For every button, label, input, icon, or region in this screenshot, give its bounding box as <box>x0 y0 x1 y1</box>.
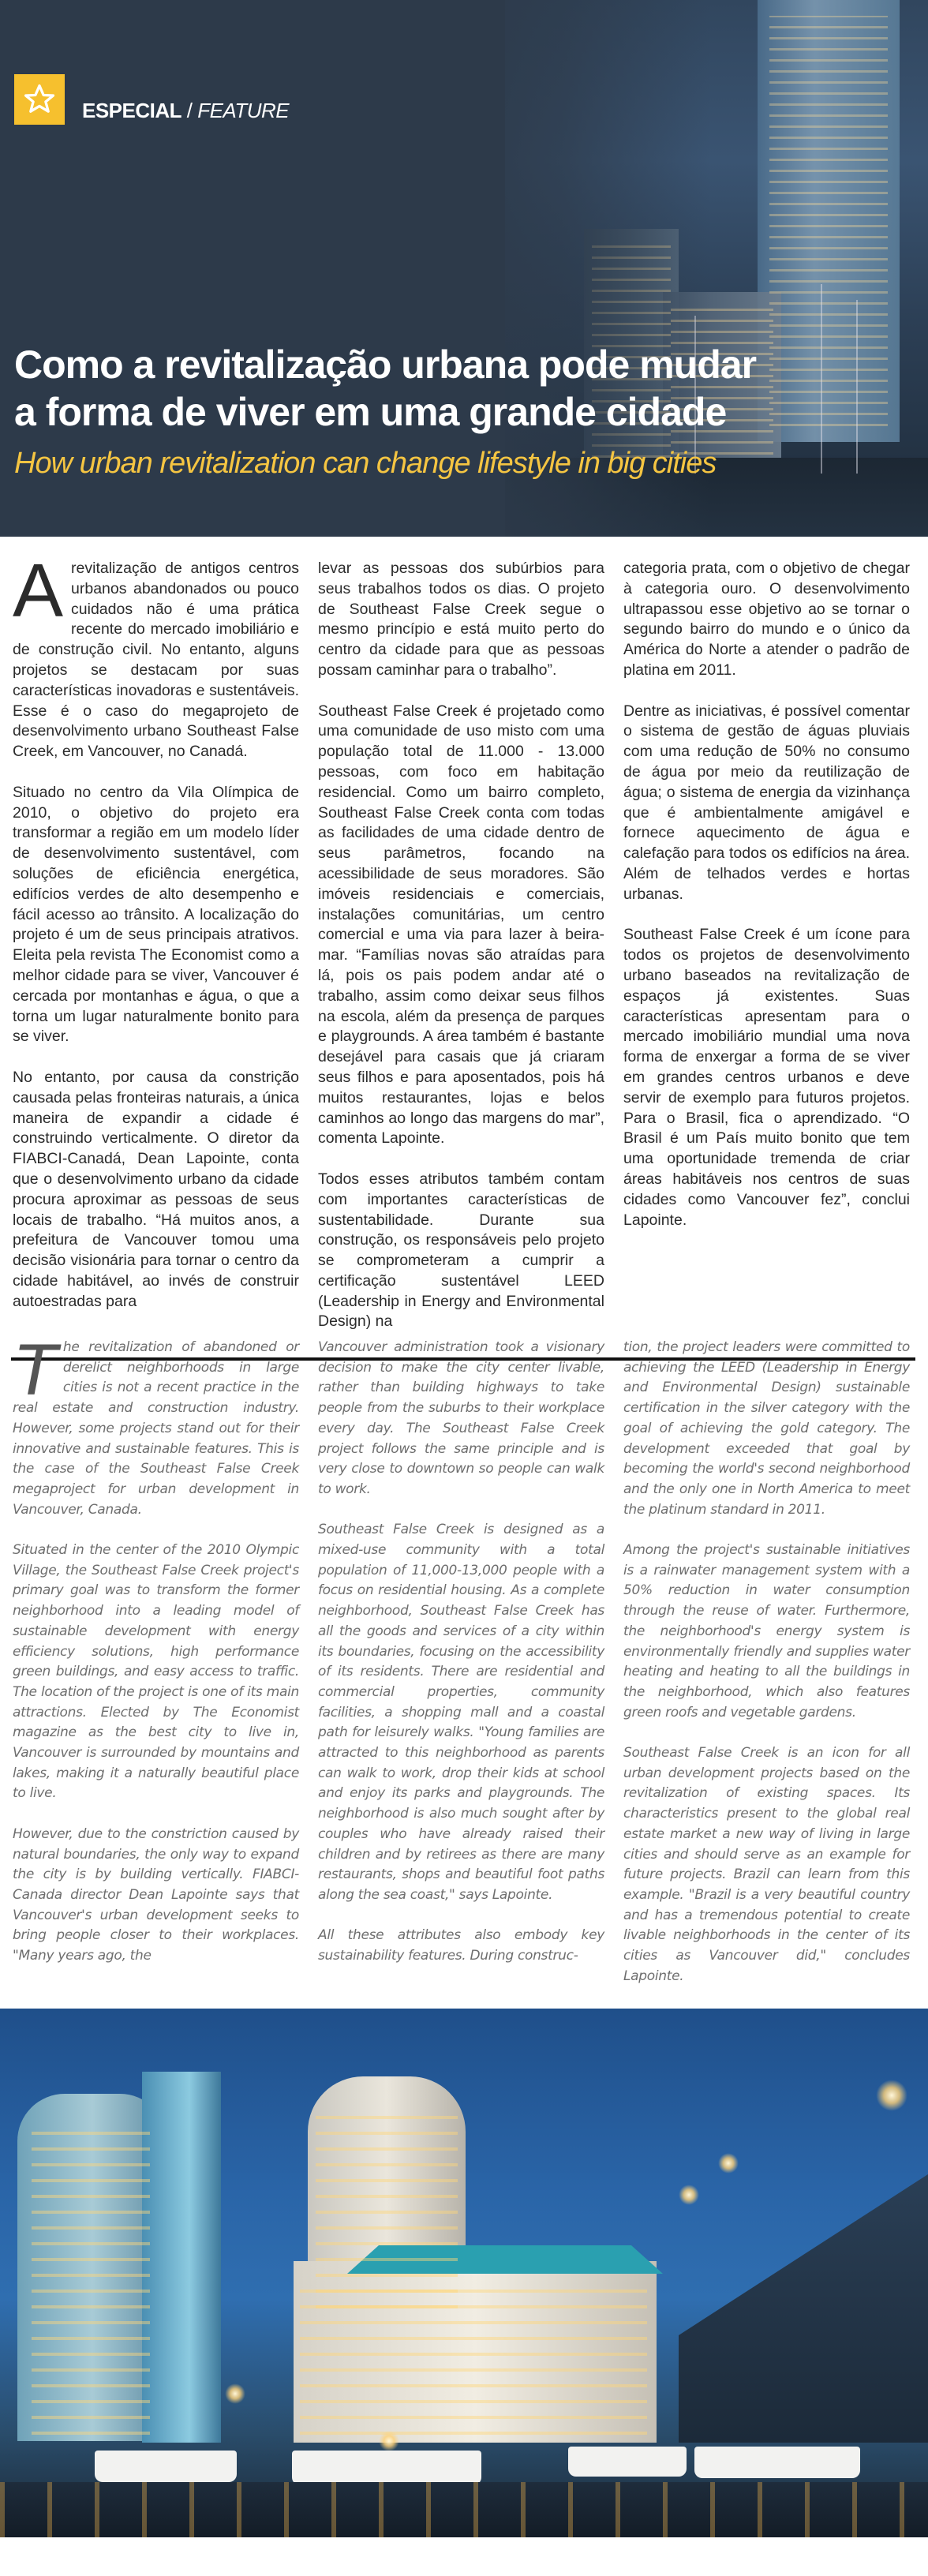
section-label-en: FEATURE <box>197 99 289 122</box>
paragraph: Southeast False Creek is designed as a m… <box>318 1520 604 1905</box>
title-line-2: a forma de viver em uma grande cidade <box>14 390 726 434</box>
paragraph: categoria prata, com o objetivo de chega… <box>623 559 910 681</box>
section-separator: / <box>181 99 197 122</box>
article-column-1: The revitalization of abandoned or derel… <box>13 1338 299 2007</box>
photo-windows <box>32 2127 150 2435</box>
title-line-1: Como a revitalização urbana pode mudar <box>14 343 756 387</box>
photo-windows <box>300 2277 647 2435</box>
section-label-pt: ESPECIAL <box>82 99 181 122</box>
paragraph: levar as pessoas dos subúrbios para seus… <box>318 559 604 681</box>
street-light <box>718 2153 739 2173</box>
photo-boat <box>568 2447 687 2477</box>
street-light <box>225 2383 245 2404</box>
hero-banner: ESPECIAL / FEATURE Como a revitalização … <box>0 0 928 537</box>
paragraph: Southeast False Creek is an icon for all… <box>623 1743 910 1986</box>
street-light <box>679 2185 699 2205</box>
article-column-2: Vancouver administration took a visionar… <box>318 1338 604 2007</box>
section-label: ESPECIAL / FEATURE <box>82 99 289 123</box>
paragraph: All these attributes also embody key sus… <box>318 1926 604 1966</box>
drop-cap: A <box>13 562 63 620</box>
street-light <box>876 2080 907 2111</box>
article-column-2: levar as pessoas dos subúrbios para seus… <box>318 559 604 1353</box>
paragraph: Southeast False Creek é um ícone para to… <box>623 925 910 1230</box>
photo-boat <box>95 2451 237 2482</box>
paragraph: Arevitalização de antigos centros urbano… <box>13 559 299 762</box>
boat-mast <box>856 300 858 474</box>
photo-bridge <box>679 2174 928 2443</box>
article-column-3: categoria prata, com o objetivo de chega… <box>623 559 910 1353</box>
paragraph: Todos esses atributos também contam com … <box>318 1170 604 1332</box>
section-tag: ESPECIAL / FEATURE <box>14 74 289 125</box>
boat-mast <box>821 284 822 474</box>
paragraph: tion, the project leaders were committed… <box>623 1338 910 1520</box>
paragraph: Situado no centro da Vila Olímpica de 20… <box>13 783 299 1047</box>
paragraph: Situated in the center of the 2010 Olymp… <box>13 1541 299 1804</box>
paragraph: Dentre as iniciativas, é possível coment… <box>623 702 910 905</box>
paragraph: Southeast False Creek é projetado como u… <box>318 702 604 1150</box>
paragraph: Among the project's sustainable initiati… <box>623 1541 910 1723</box>
bottom-photo <box>0 2009 928 2537</box>
article-english: The revitalization of abandoned or derel… <box>0 1338 928 2009</box>
photo-water <box>0 2482 928 2537</box>
article-portuguese: Arevitalização de antigos centros urbano… <box>0 537 928 1338</box>
paragraph: The revitalization of abandoned or derel… <box>13 1338 299 1520</box>
page-subtitle: How urban revitalization can change life… <box>14 447 716 481</box>
paragraph: No entanto, por causa da constrição caus… <box>13 1068 299 1312</box>
paragraph: However, due to the constriction caused … <box>13 1825 299 1967</box>
street-light <box>379 2431 399 2451</box>
photo-building <box>142 2072 221 2443</box>
drop-cap: T <box>13 1342 57 1398</box>
photo-boat <box>694 2447 860 2478</box>
article-column-1: Arevitalização de antigos centros urbano… <box>13 559 299 1353</box>
star-icon <box>14 74 65 125</box>
photo-boat <box>292 2451 481 2485</box>
page-title: Como a revitalização urbana pode mudar a… <box>14 341 803 436</box>
article-column-3: tion, the project leaders were committed… <box>623 1338 910 2007</box>
paragraph: Vancouver administration took a visionar… <box>318 1338 604 1500</box>
